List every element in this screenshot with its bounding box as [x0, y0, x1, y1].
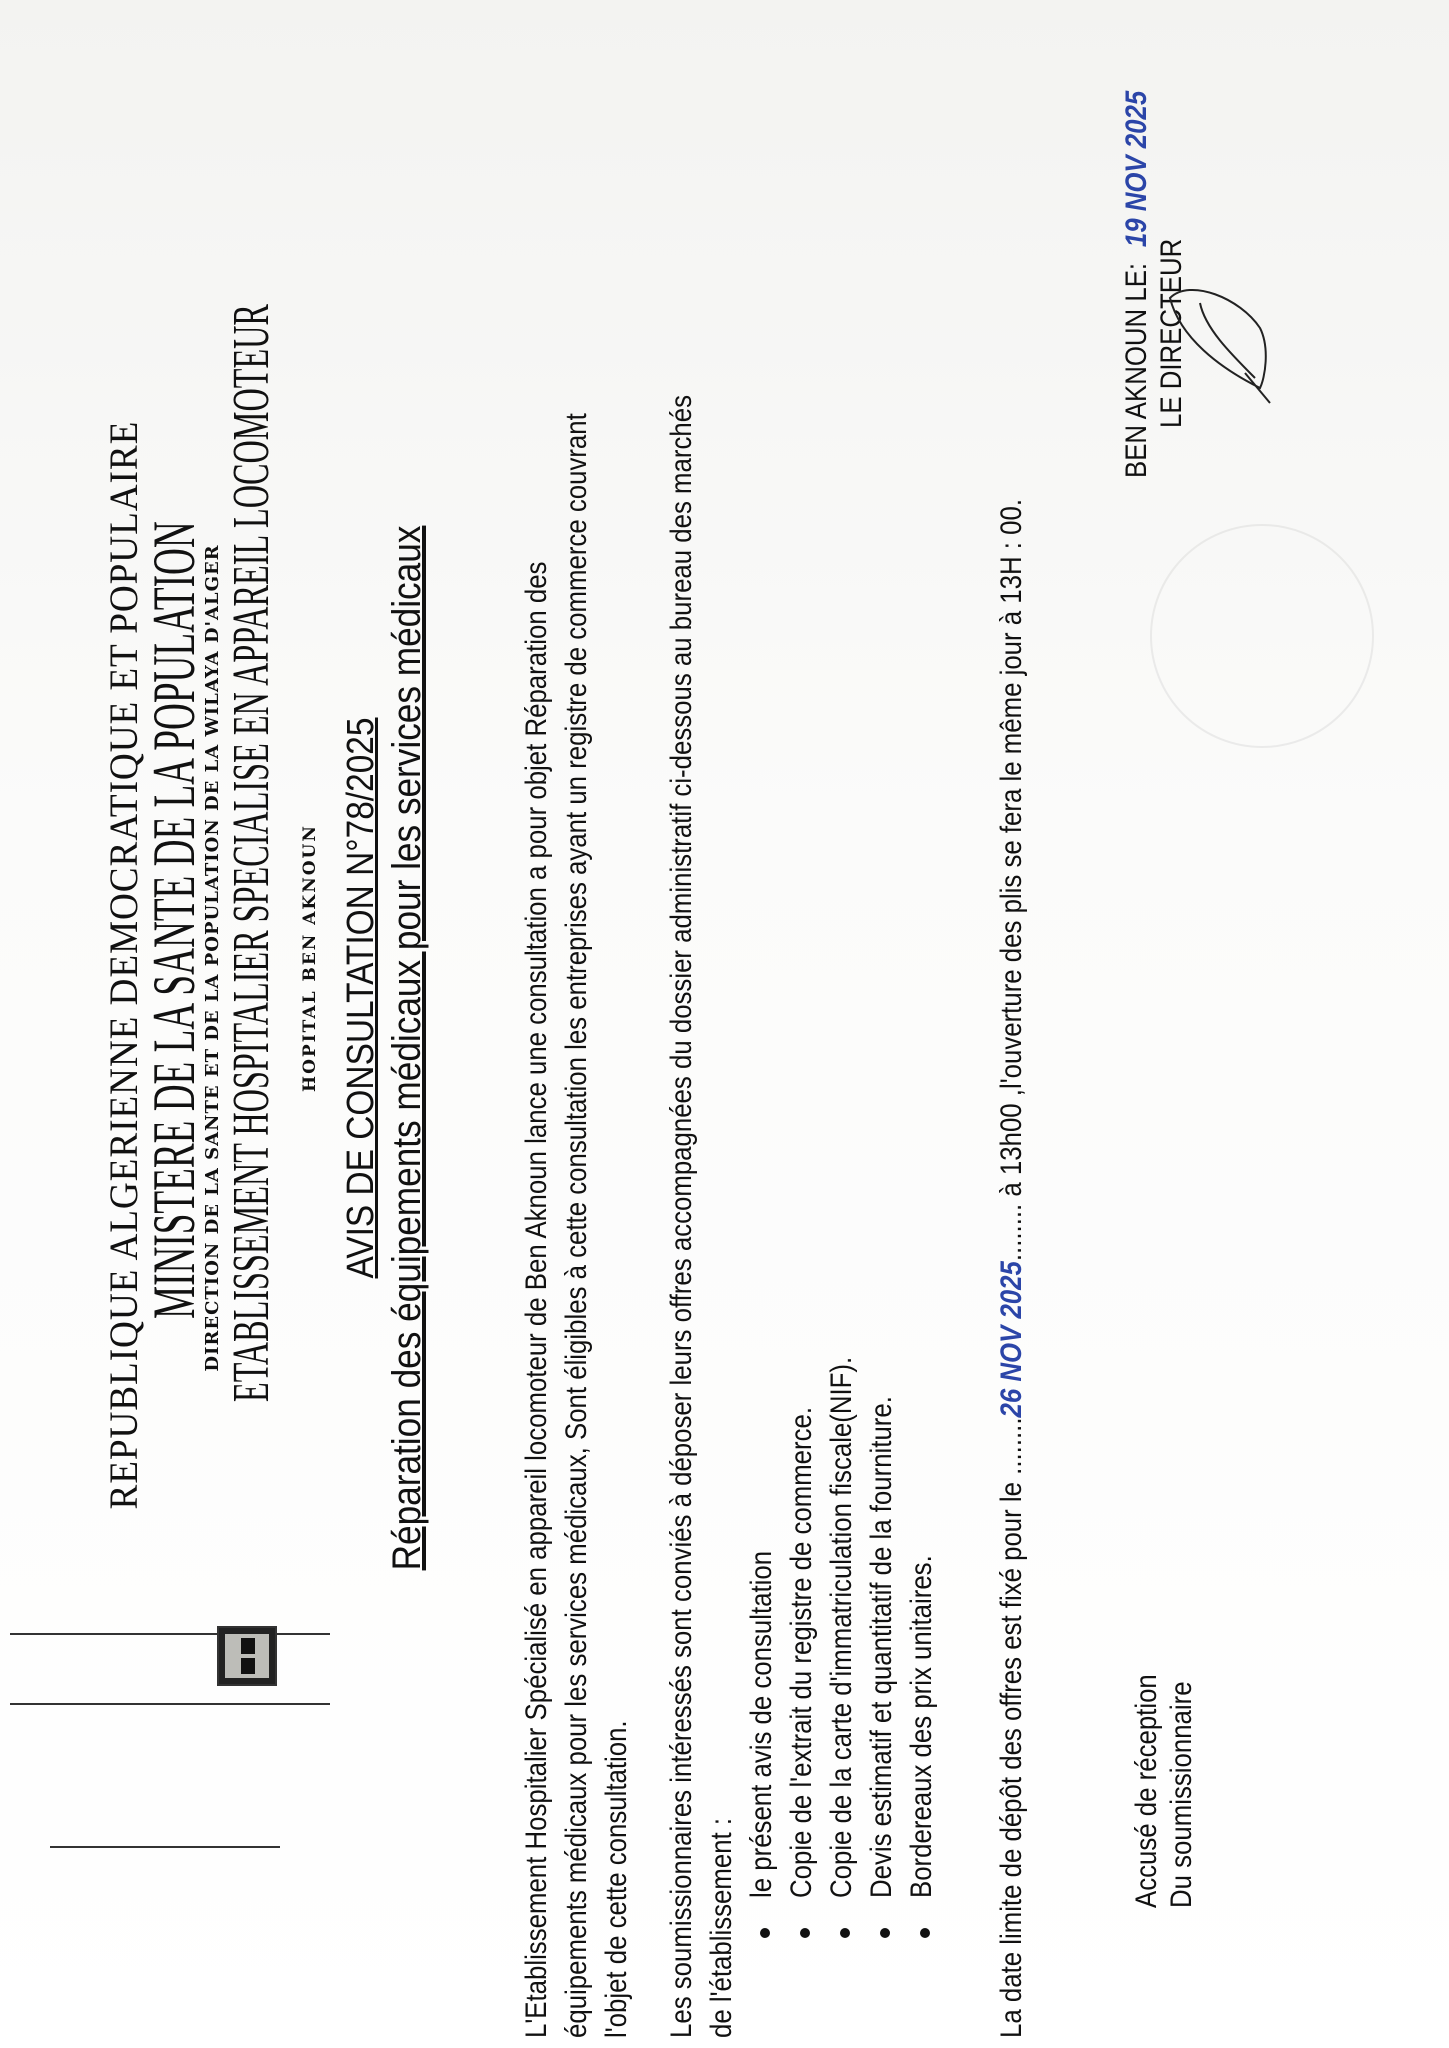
- paragraph1-line3: l'objet de cette consultation.: [600, 1720, 634, 2038]
- bullet-icon: [880, 1928, 890, 1938]
- required-doc-item: Bordereaux des prix unitaires.: [905, 1555, 939, 1898]
- signature-place-label: BEN AKNOUN LE:: [1120, 263, 1153, 478]
- required-doc-item: Copie de la carte d'immatriculation fisc…: [825, 1357, 859, 1898]
- notice-title: AVIS DE CONSULTATION N°78/2025: [340, 514, 383, 1482]
- deadline-dots: ........: [995, 1417, 1028, 1474]
- signature-date-stamp: 19 NOV 2025: [1120, 91, 1153, 247]
- hospital-h-icon: [217, 1626, 277, 1686]
- notice-subtitle: Réparation des équipements médicaux pour…: [385, 432, 430, 1664]
- margin-rule-2: [10, 1633, 330, 1635]
- bullet-icon: [760, 1928, 770, 1938]
- bullet-icon: [840, 1928, 850, 1938]
- required-doc-item: Copie de l'extrait du registre de commer…: [785, 1407, 819, 1898]
- document-page: REPUBLIQUE ALGERIENNE DEMOCRATIQUE ET PO…: [0, 0, 1449, 2048]
- required-doc-item: Devis estimatif et quantitatif de la fou…: [865, 1396, 899, 1898]
- deadline-suffix: à 13h00 ,l'ouverture des plis se fera le…: [995, 499, 1028, 1204]
- header-hospital: HOPITAL BEN AKNOUN: [300, 428, 320, 1488]
- deadline-dots: ........: [995, 1204, 1028, 1261]
- header-direction: DIRECTION DE LA SANTE ET DE LA POPULATIO…: [202, 428, 223, 1488]
- margin-rule-1: [10, 1703, 330, 1705]
- deadline-line: La date limite de dépôt des offres est f…: [995, 499, 1029, 2038]
- paragraph1-line1: L'Etablissement Hospitalier Spécialisé e…: [520, 562, 554, 2038]
- faded-stamp-icon: [1150, 524, 1374, 748]
- bullet-icon: [800, 1928, 810, 1938]
- receipt-line2: Du soumissionnaire: [1165, 1681, 1199, 1908]
- paragraph2-line2: de l'établissement :: [705, 1818, 739, 2038]
- required-doc-item: le présent avis de consultation: [745, 1551, 779, 1898]
- deadline-date-stamp: 26 NOV 2025: [995, 1261, 1028, 1417]
- header-establishment: ETABLISSEMENT HOSPITALIER SPECIALISE EN …: [222, 534, 281, 1402]
- bullet-icon: [920, 1928, 930, 1938]
- paragraph1-line2: équipements médicaux pour les services m…: [560, 413, 594, 2038]
- header-ministry: MINISTERE DE LA SANTE DE LA POPULATION: [140, 637, 209, 1319]
- handwritten-signature-icon: [1160, 268, 1280, 408]
- margin-rule-top: [50, 1846, 280, 1848]
- signature-place: BEN AKNOUN LE: 19 NOV 2025: [1120, 91, 1154, 478]
- paragraph2-line1: Les soumissionnaires intéressés sont con…: [665, 395, 699, 2038]
- deadline-prefix: La date limite de dépôt des offres est f…: [995, 1475, 1028, 2038]
- receipt-line1: Accusé de réception: [1130, 1674, 1164, 1908]
